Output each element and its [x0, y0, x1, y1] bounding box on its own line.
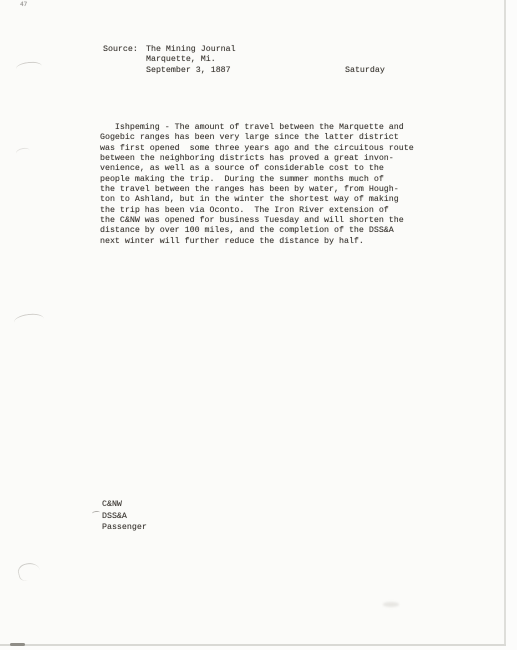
body-line: distance by over 100 miles, and the comp…: [100, 226, 414, 236]
body-line: Ishpeming - The amount of travel between…: [100, 123, 414, 133]
keyword-cnw: C&NW: [102, 499, 147, 511]
body-line: the C&NW was opened for business Tuesday…: [100, 216, 414, 226]
page-right-edge: [504, 0, 506, 646]
page-curl-mark: [13, 312, 44, 329]
body-line: between the neighboring districts has pr…: [100, 154, 414, 164]
body-line: ton to Ashland, but in the winter the sh…: [100, 195, 414, 205]
source-publication: The Mining Journal: [146, 45, 236, 55]
source-label: Source:: [103, 45, 138, 55]
source-location: Marquette, Mi.: [146, 55, 236, 65]
body-line: the trip has been via Oconto. The Iron R…: [100, 206, 414, 216]
body-line: the travel between the ranges has been b…: [100, 185, 414, 195]
keyword-passenger: Passenger: [102, 522, 147, 534]
pencil-tick-mark: [92, 510, 100, 515]
body-line: Gogebic ranges has been very large since…: [100, 133, 414, 143]
page-bottom-edge-mark: [10, 643, 25, 646]
keyword-dssa: DSS&A: [102, 511, 147, 523]
page-curl-mark: [16, 561, 41, 583]
scanned-document-page: 47 Source: The Mining Journal Marquette,…: [0, 0, 517, 650]
scan-smudge: [383, 602, 399, 607]
body-line: next winter will further reduce the dist…: [100, 237, 414, 247]
corner-pencil-mark: 47: [20, 1, 27, 8]
body-line: venience, as well as a source of conside…: [100, 164, 414, 174]
scanner-background-bottom: [0, 646, 517, 650]
body-line: was first opened some three years ago an…: [100, 144, 414, 154]
scanner-background-right: [506, 0, 517, 650]
page-curl-mark: [15, 147, 30, 158]
index-keywords: C&NW DSS&A Passenger: [102, 499, 147, 534]
day-of-week: Saturday: [345, 66, 385, 76]
source-date: September 3, 1887: [146, 66, 236, 76]
body-line: people making the trip. During the summe…: [100, 175, 414, 185]
page-curl-mark: [15, 61, 42, 75]
page-bottom-edge: [0, 644, 506, 646]
article-body: Ishpeming - The amount of travel between…: [100, 123, 414, 247]
